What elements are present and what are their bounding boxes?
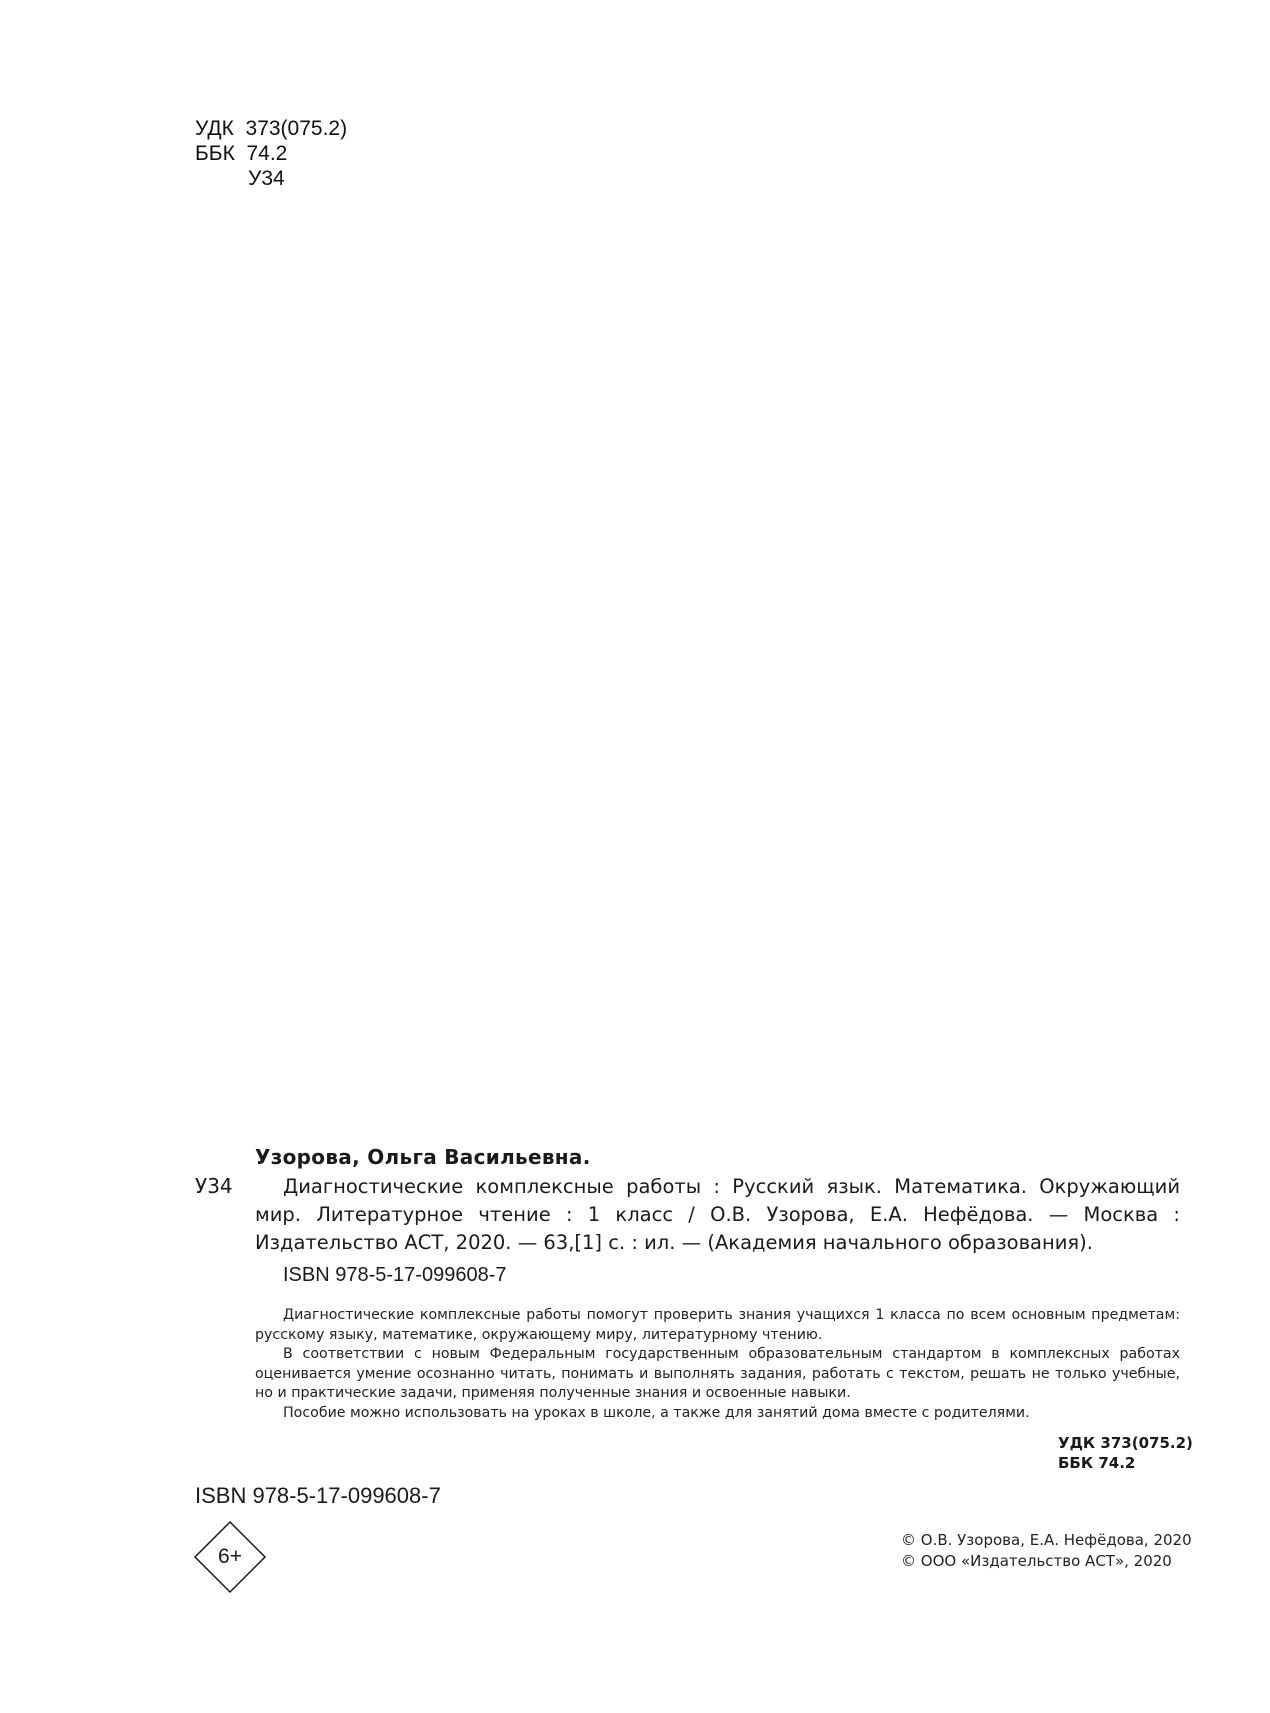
author-sign: У34 xyxy=(195,166,347,191)
abstract-paragraph: В соответствии с новым Федеральным госуд… xyxy=(255,1345,1180,1404)
copyright-block: © О.В. Узорова, Е.А. Нефёдова, 2020 © ОО… xyxy=(901,1530,1192,1572)
copyright-authors: © О.В. Узорова, Е.А. Нефёдова, 2020 xyxy=(901,1530,1192,1551)
age-rating-label: 6+ xyxy=(193,1520,267,1594)
bibliographic-text: Диагностические комплексные работы : Рус… xyxy=(255,1175,1180,1254)
isbn-main: ISBN 978-5-17-099608-7 xyxy=(195,1483,441,1509)
record-author-sign: У34 xyxy=(195,1174,233,1198)
bibliographic-description: Диагностические комплексные работы : Рус… xyxy=(255,1173,1180,1257)
udk-code: УДК 373(075.2) xyxy=(195,116,347,141)
abstract-paragraph: Диагностические комплексные работы помог… xyxy=(255,1306,1180,1345)
udk-code-right: УДК 373(075.2) xyxy=(1058,1433,1193,1453)
age-rating-badge: 6+ xyxy=(193,1520,267,1594)
classification-codes-right: УДК 373(075.2) ББК 74.2 xyxy=(1058,1433,1193,1473)
author-heading: Узорова, Ольга Васильевна. xyxy=(255,1145,591,1169)
abstract: Диагностические комплексные работы помог… xyxy=(255,1306,1180,1423)
header-classification-codes: УДК 373(075.2) ББК 74.2 У34 xyxy=(195,116,347,191)
bbk-code-right: ББК 74.2 xyxy=(1058,1453,1193,1473)
record-isbn: ISBN 978-5-17-099608-7 xyxy=(283,1264,506,1287)
copyright-publisher: © ООО «Издательство АСТ», 2020 xyxy=(901,1551,1192,1572)
bbk-code: ББК 74.2 xyxy=(195,141,347,166)
abstract-paragraph: Пособие можно использовать на уроках в ш… xyxy=(255,1404,1180,1424)
